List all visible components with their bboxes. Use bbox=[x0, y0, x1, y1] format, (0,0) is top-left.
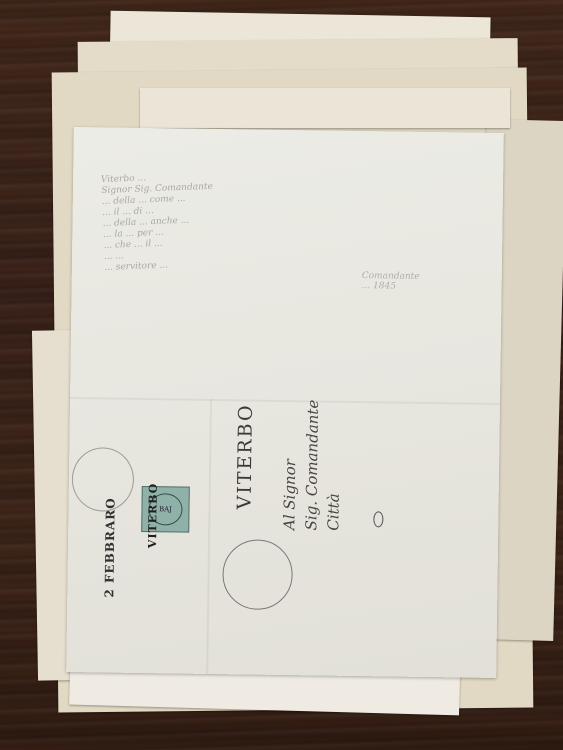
side-note: Comandante ... 1845 bbox=[362, 271, 420, 292]
town-postmark: VITERBO bbox=[234, 403, 257, 509]
address: Al Signor Sig. Comandante Città bbox=[278, 399, 346, 531]
paper-sheet bbox=[140, 88, 510, 128]
side-note-line: ... 1845 bbox=[362, 281, 420, 292]
address-line: Al Signor bbox=[278, 399, 302, 530]
seal-mark bbox=[373, 511, 383, 527]
fold-line bbox=[206, 399, 212, 674]
faded-handwriting: Viterbo ... Signor Sig. Comandante ... d… bbox=[101, 164, 395, 274]
date-stamp: 2 FEBBRARO bbox=[102, 497, 117, 597]
circular-postmark bbox=[222, 539, 293, 610]
address-line: Sig. Comandante bbox=[300, 400, 324, 531]
address-line: Città bbox=[322, 400, 346, 531]
stamp-label: BAJ bbox=[159, 505, 172, 513]
folded-letter: Viterbo ... Signor Sig. Comandante ... d… bbox=[66, 127, 504, 678]
cancellation-mark: VITERBO bbox=[146, 483, 160, 549]
